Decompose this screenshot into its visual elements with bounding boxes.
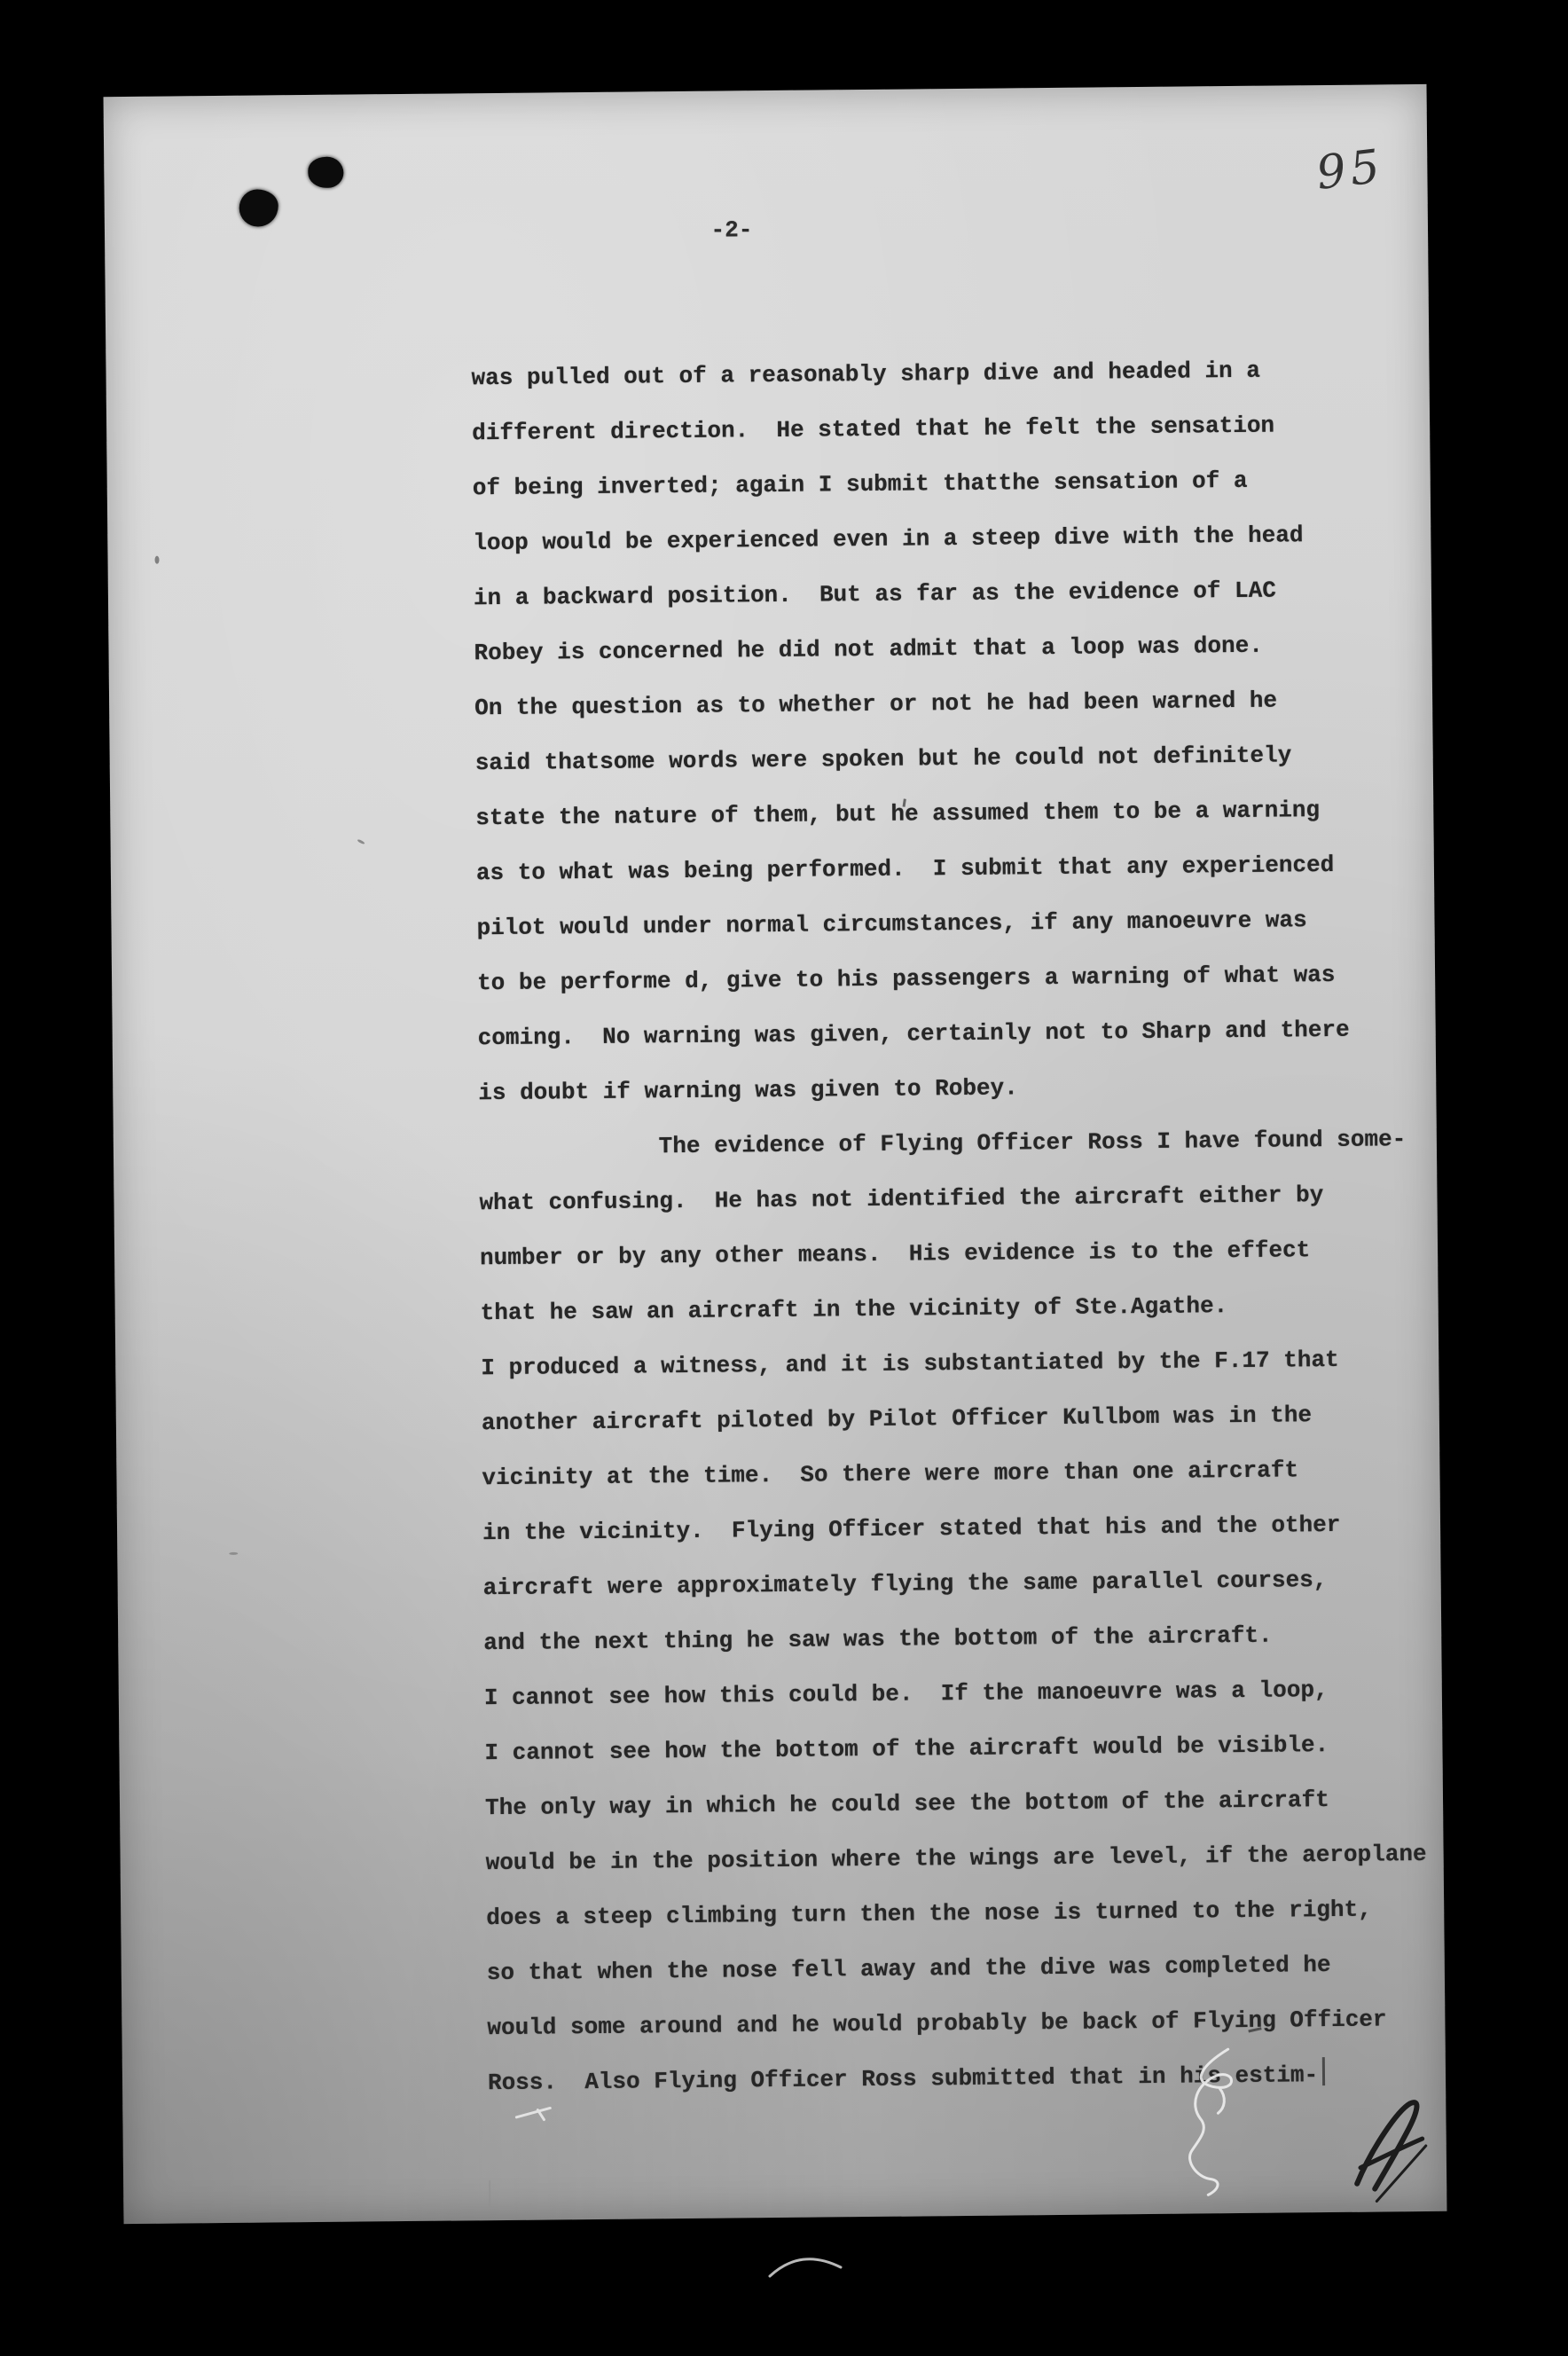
paper-speck [154,556,159,564]
text-line: state the nature of them, but he assumed… [475,781,1417,845]
text-line: what confusing. He has not identified th… [479,1166,1421,1230]
text-line: I cannot see how this could be. If the m… [484,1661,1426,1725]
text-line: pilot would under normal circumstances, … [476,891,1418,955]
text-line: in a backward position. But as far as th… [474,562,1415,625]
text-line: The only way in which he could see the b… [485,1771,1427,1835]
text-line: loop would be experienced even in a stee… [473,507,1415,570]
text-line: said thatsome words were spoken but he c… [474,726,1416,790]
ink-blot-icon [308,157,343,188]
film-scratch-icon [764,2250,846,2283]
text-line: and the next thing he saw was the bottom… [483,1606,1425,1670]
text-line: I produced a witness, and it is substant… [481,1331,1423,1395]
text-line: I cannot see how the bottom of the aircr… [484,1716,1426,1780]
text-line: to be performe d, give to his passengers… [477,946,1419,1010]
text-line: another aircraft piloted by Pilot Office… [482,1386,1423,1450]
handwritten-folio-number: 95 [1313,140,1387,200]
text-line: On the question as to whether or not he … [474,671,1416,735]
text-line: The evidence of Flying Officer Ross I ha… [479,1111,1421,1175]
text-line: would be in the position where the wings… [485,1826,1427,1890]
paper-speck [489,2180,490,2207]
text-line: Ross. Also Flying Officer Ross submitted… [488,2046,1430,2110]
text-line: vicinity at the time. So there were more… [482,1441,1423,1505]
film-scratch-icon [513,2102,569,2128]
text-line: aircraft were approximately flying the s… [482,1551,1424,1615]
text-line: coming. No warning was given, certainly … [477,1001,1419,1065]
text-line: that he saw an aircraft in the vicinity … [480,1276,1422,1340]
text-line: in the vicinity. Flying Officer stated t… [482,1496,1424,1560]
text-line: different direction. He stated that he f… [472,397,1414,460]
ink-blot-icon [239,189,278,226]
page-number: -2- [687,216,776,244]
typed-text-body: was pulled out of a reasonably sharp div… [471,342,1429,2110]
text-line: was pulled out of a reasonably sharp div… [471,342,1413,405]
text-line: does a steep climbing turn then the nose… [486,1881,1428,1945]
text-line: would some around and he would probably … [487,1991,1429,2055]
stray-mark [1322,2057,1325,2085]
text-line: number or by any other means. His eviden… [480,1221,1422,1285]
film-scratch-icon [1173,2042,1282,2207]
signature-scribble-icon [1344,2096,1442,2208]
text-line: is doubt if warning was given to Robey. [478,1056,1420,1120]
text-line: Robey is concerned he did not admit that… [474,616,1415,680]
paper-speck [357,839,365,845]
paper-speck [229,1552,238,1555]
scan-background: 95 -2- was pulled out of a reasonably sh… [0,0,1568,2356]
document-page: 95 -2- was pulled out of a reasonably sh… [104,84,1447,2224]
text-line: so that when the nose fell away and the … [487,1936,1429,2000]
text-line: as to what was being performed. I submit… [476,836,1418,900]
text-line: of being inverted; again I submit thatth… [472,452,1414,515]
